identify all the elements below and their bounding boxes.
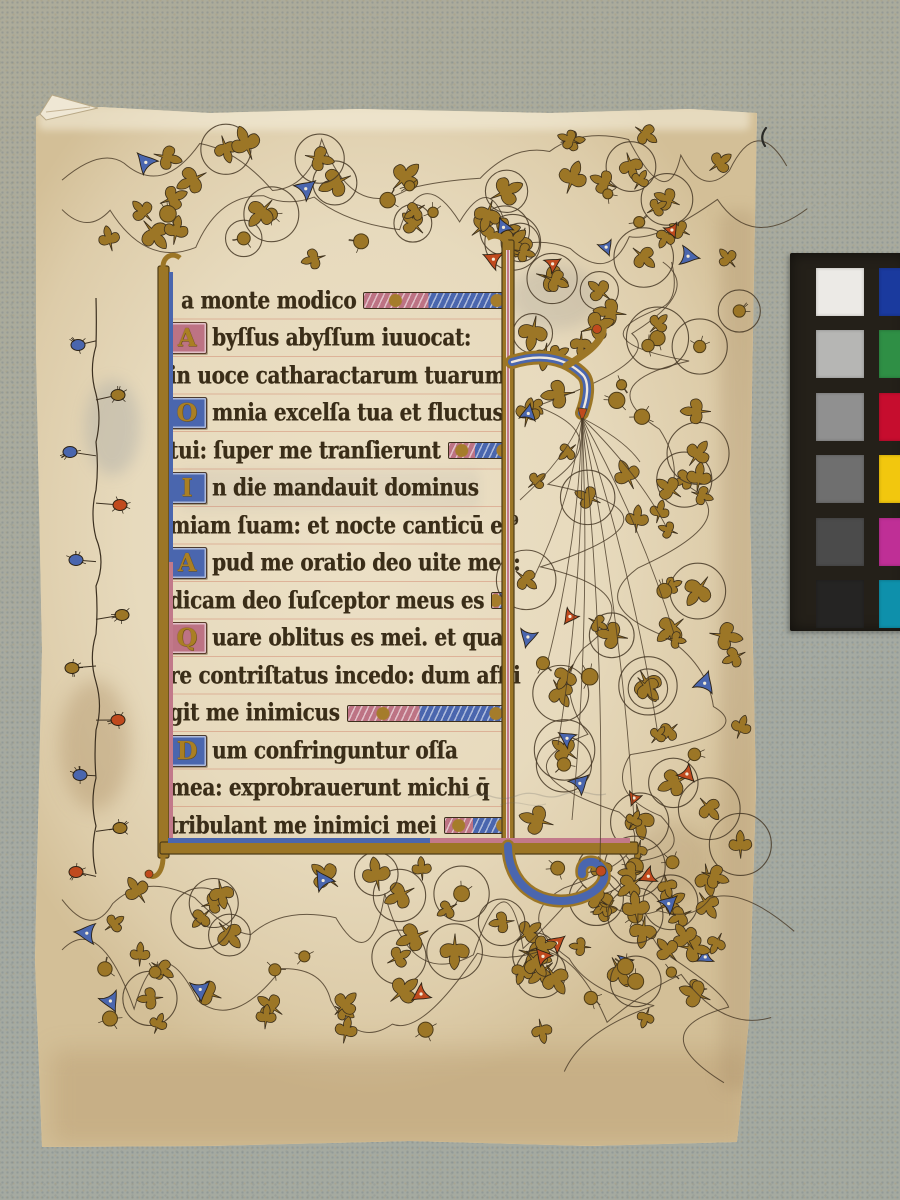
manuscript-text-line: re contriſtatus incedo: dum affli (169, 657, 509, 695)
illuminated-initial: I (167, 472, 207, 504)
calibration-swatch (879, 455, 900, 503)
calibration-swatch-grid (816, 268, 900, 628)
calibration-swatch (879, 393, 900, 441)
manuscript-text-line: miam ſuam: et nocte canticū ei⁹ (169, 507, 509, 545)
gothic-text: uare oblitus es mei. et qua (212, 622, 503, 651)
manuscript-text-line: Dum confringuntur oſſa (169, 732, 509, 770)
manuscript-text-line: tribulant me inimici mei (169, 807, 509, 845)
illuminated-initial: Q (167, 622, 207, 654)
initial-letter: A (178, 551, 197, 575)
line-filler-ornament (491, 592, 508, 609)
parchment-stain (50, 1050, 750, 1145)
line-filler-ornament (363, 292, 508, 309)
manuscript-text-line: Abyſſus abyſſum iuuocat: (169, 320, 509, 358)
illuminated-initial: A (167, 322, 207, 354)
gothic-text: a monte modico (181, 285, 356, 314)
gothic-text: mnia excelſa tua et fluctus (212, 397, 503, 426)
calibration-swatch (879, 580, 900, 628)
line-filler-ornament (448, 442, 509, 459)
manuscript-text-line: a monte modico (169, 282, 509, 320)
parchment-stain (630, 820, 710, 900)
initial-letter: A (178, 326, 197, 350)
manuscript-text-line: In die mandauit dominus (169, 470, 509, 508)
calibration-swatch (879, 268, 900, 316)
gothic-text: pud me oratio deo uite mee: (212, 547, 520, 576)
gothic-text: byſſus abyſſum iuuocat: (212, 322, 471, 351)
calibration-swatch (816, 268, 864, 316)
gothic-text: tribulant me inimici mei (169, 810, 437, 839)
initial-letter: D (177, 739, 198, 763)
calibration-swatch (879, 518, 900, 566)
manuscript-text-line: dicam deo ſuſceptor meus es (169, 582, 509, 620)
manuscript-text-line: Omnia excelſa tua et fluctus (169, 395, 509, 433)
color-calibration-card (790, 253, 900, 631)
parchment-stain (60, 680, 130, 810)
line-filler-ornament (444, 817, 508, 834)
parchment-stain (85, 380, 140, 475)
gothic-text: um confringuntur oſſa (212, 735, 458, 764)
gothic-text: n die mandauit dominus (212, 472, 479, 501)
gothic-text: miam ſuam: et nocte canticū ei⁹ (169, 510, 518, 539)
parchment-stain (510, 265, 600, 330)
manuscript-text-line: Apud me oratio deo uite mee: (169, 545, 509, 583)
gothic-text: in uoce catharactarum tuarum. (169, 360, 512, 389)
manuscript-text-line: mea: exprobrauerunt michi q̄ (169, 770, 509, 808)
illuminated-initial: O (167, 397, 207, 429)
photo-canvas: { "palette":{ "background":"#a9ab9e", "p… (0, 0, 900, 1200)
parchment-stain (38, 104, 750, 130)
calibration-swatch (816, 330, 864, 378)
gothic-text: mea: exprobrauerunt michi q̄ (169, 772, 489, 801)
calibration-swatch (879, 330, 900, 378)
manuscript-text-line: git me inimicus (169, 695, 509, 733)
gothic-text: tui: ſuper me tranſierunt (169, 435, 441, 464)
gothic-text: re contriſtatus incedo: dum affli (169, 660, 520, 689)
illuminated-initial: A (167, 547, 207, 579)
calibration-swatch (816, 393, 864, 441)
parchment-stain (720, 210, 756, 1090)
calibration-swatch (816, 580, 864, 628)
illuminated-initial: D (167, 735, 207, 767)
line-filler-ornament (347, 705, 508, 722)
initial-letter: I (181, 476, 192, 500)
calibration-swatch (816, 518, 864, 566)
manuscript-text-line: in uoce catharactarum tuarum. (169, 357, 509, 395)
initial-letter: Q (177, 626, 198, 650)
gothic-text: git me inimicus (169, 697, 340, 726)
text-block: a monte modicoAbyſſus abyſſum iuuocat:in… (168, 282, 510, 846)
calibration-swatch (816, 455, 864, 503)
gothic-text: dicam deo ſuſceptor meus es (169, 585, 484, 614)
manuscript-text-line: Quare oblitus es mei. et qua (169, 620, 509, 658)
manuscript-text-line: tui: ſuper me tranſierunt (169, 432, 509, 470)
initial-letter: O (177, 401, 198, 425)
